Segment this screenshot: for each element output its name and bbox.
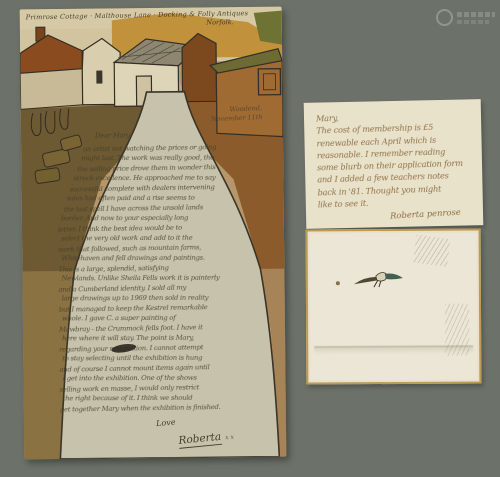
pencil-horizon-line bbox=[314, 346, 473, 355]
handwritten-note: Mary, The cost of membership is £5renewa… bbox=[304, 99, 484, 229]
illustrated-letter: Primrose Cottage · Malthouse Lane · Dock… bbox=[20, 7, 287, 460]
note-body: The cost of membership is £5renewable ea… bbox=[316, 120, 483, 210]
watermark-text-lines bbox=[457, 12, 495, 24]
letter-heading-line: November 11th bbox=[211, 113, 263, 124]
painting-caption: Primrose Cottage · Malthouse Lane · Dock… bbox=[26, 10, 276, 29]
letter-salutation: Dear Mary, bbox=[95, 129, 271, 141]
ink-dot bbox=[336, 281, 340, 285]
watermark-logo bbox=[436, 9, 495, 26]
letter-text: Woodend, November 11th Dear Mary, an art… bbox=[57, 107, 275, 445]
letter-body: an artist not watching the prices or goi… bbox=[57, 142, 274, 414]
bird-sketch-card bbox=[306, 229, 482, 385]
signature-kisses: x x bbox=[225, 434, 234, 442]
pencil-shading-top-right bbox=[413, 235, 450, 267]
swallow-icon bbox=[352, 267, 410, 293]
letter-heading: Woodend, November 11th bbox=[211, 104, 263, 124]
card-inner bbox=[310, 233, 478, 381]
photo-background: Primrose Cottage · Malthouse Lane · Dock… bbox=[0, 0, 500, 477]
watermark-ring-icon bbox=[436, 9, 453, 26]
note-signature: Roberta penrose bbox=[390, 206, 483, 221]
